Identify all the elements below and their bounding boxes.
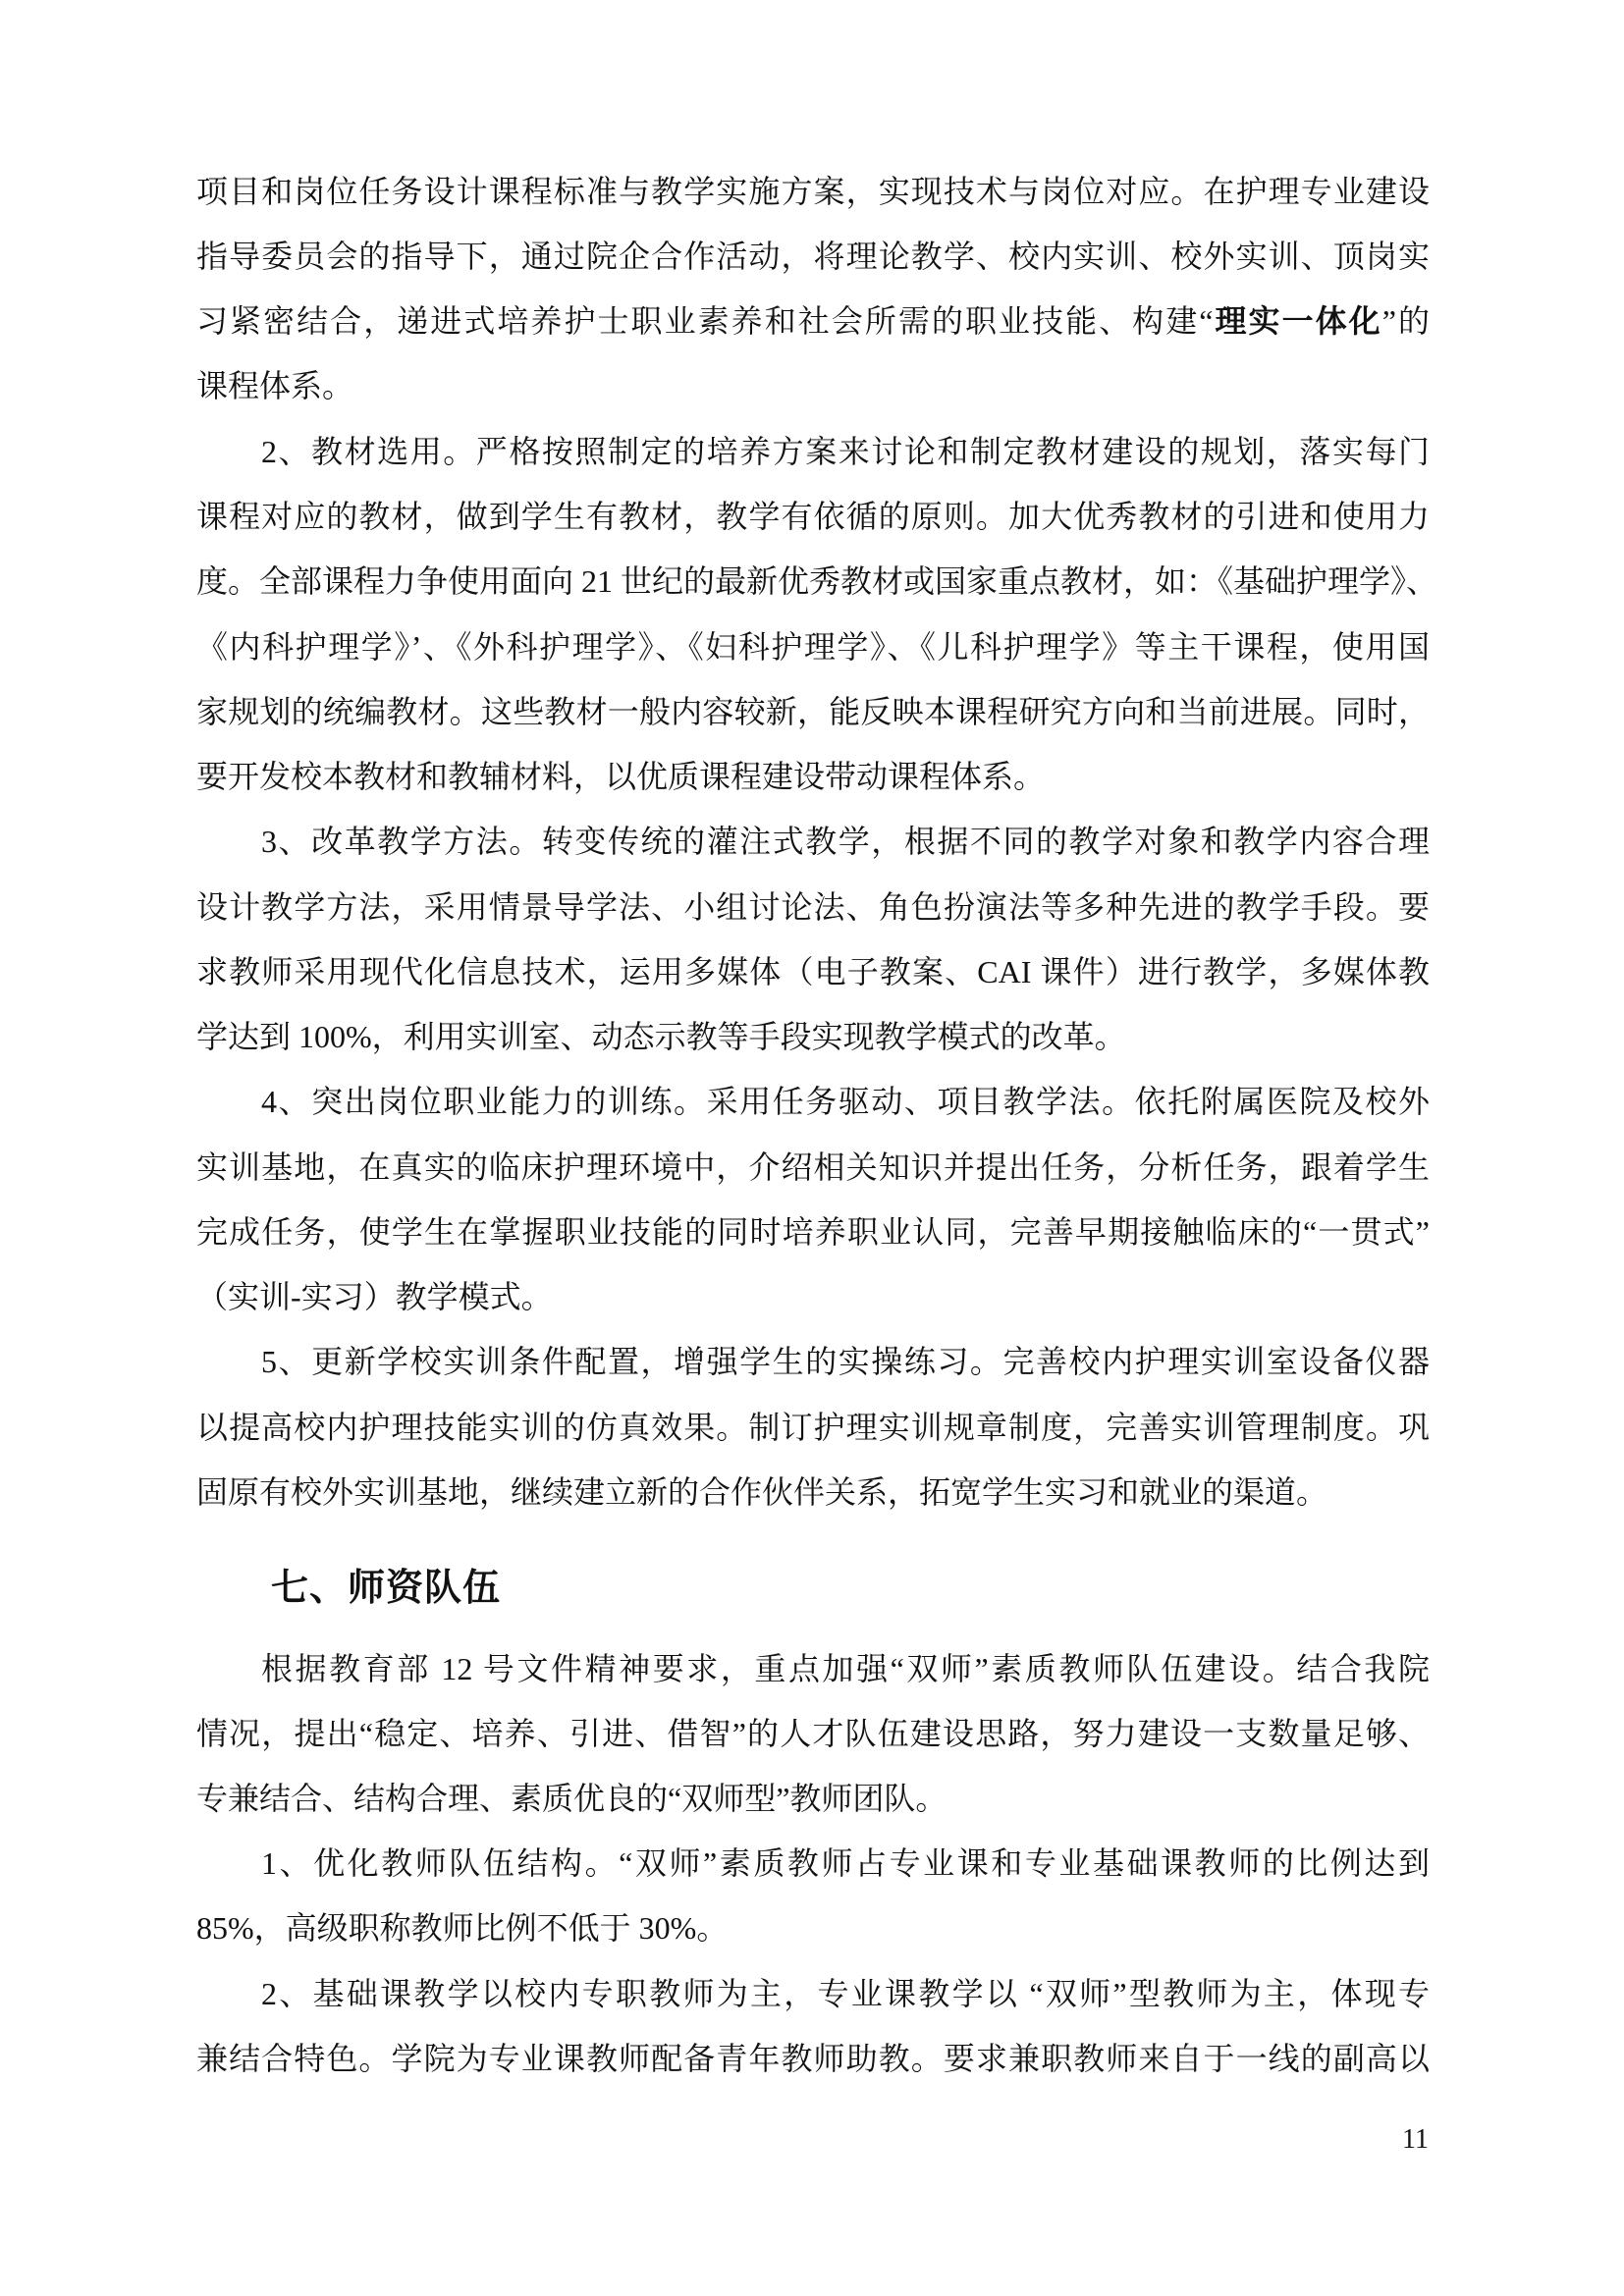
text-segment: 习紧密结合，递进式培养护士职业素养和社会所需的职业技能、构建“ xyxy=(196,303,1213,339)
text-line: 设计教学方法，采用情景导学法、小组讨论法、角色扮演法等多种先进的教学手段。要 xyxy=(196,887,1430,927)
document-page: 项目和岗位任务设计课程标准与教学实施方案，实现技术与岗位对应。在护理专业建设 指… xyxy=(0,0,1624,2296)
text-line: 实训基地，在真实的临床护理环境中，介绍相关知识并提出任务，分析任务，跟着学生 xyxy=(196,1148,1430,1187)
text-line: 课程体系。 xyxy=(196,366,1430,405)
text-line: 习紧密结合，递进式培养护士职业素养和社会所需的职业技能、构建“理实一体化”的 xyxy=(196,301,1430,341)
text-line: 1、优化教师队伍结构。“双师”素质教师占专业课和专业基础课教师的比例达到 xyxy=(261,1843,1430,1883)
text-line: 家规划的统编教材。这些教材一般内容较新，能反映本课程研究方向和当前进展。同时， xyxy=(196,692,1430,731)
text-line: 学达到 100%，利用实训室、动态示教等手段实现教学模式的改革。 xyxy=(196,1017,1430,1056)
text-line: （实训-实习）教学模式。 xyxy=(196,1277,1430,1316)
text-line: 《内科护理学》’、《外科护理学》、《妇科护理学》、《儿科护理学》等主干课程，使用… xyxy=(196,627,1430,667)
text-line: 项目和岗位任务设计课程标准与教学实施方案，实现技术与岗位对应。在护理专业建设 xyxy=(196,172,1430,211)
text-line: 4、突出岗位职业能力的训练。采用任务驱动、项目教学法。依托附属医院及校外 xyxy=(261,1082,1430,1121)
text-line: 度。全部课程力争使用面向 21 世纪的最新优秀教材或国家重点教材，如：《基础护理… xyxy=(196,561,1430,601)
text-line: 3、改革教学方法。转变传统的灌注式教学，根据不同的教学对象和教学内容合理 xyxy=(261,822,1430,861)
text-line: 兼结合特色。学院为专业课教师配备青年教师助教。要求兼职教师来自于一线的副高以 xyxy=(196,2039,1430,2078)
text-segment: ”的 xyxy=(1382,303,1430,339)
text-line: 固原有校外实训基地，继续建立新的合作伙伴关系，拓宽学生实习和就业的渠道。 xyxy=(196,1472,1430,1512)
text-line: 求教师采用现代化信息技术，运用多媒体（电子教案、CAI 课件）进行教学，多媒体教 xyxy=(196,952,1430,991)
section-heading: 七、师资队伍 xyxy=(271,1565,501,1612)
text-line: 以提高校内护理技能实训的仿真效果。制订护理实训规章制度，完善实训管理制度。巩 xyxy=(196,1408,1430,1447)
text-line: 专兼结合、结构合理、素质优良的“双师型”教师团队。 xyxy=(196,1779,1430,1818)
text-line: 根据教育部 12 号文件精神要求，重点加强“双师”素质教师队伍建设。结合我院 xyxy=(261,1649,1430,1688)
text-line: 85%，高级职称教师比例不低于 30%。 xyxy=(196,1908,1430,1948)
page-number: 11 xyxy=(1402,2124,1429,2156)
text-line: 2、教材选用。严格按照制定的培养方案来讨论和制定教材建设的规划，落实每门 xyxy=(261,432,1430,471)
text-line: 要开发校本教材和教辅材料，以优质课程建设带动课程体系。 xyxy=(196,757,1430,796)
text-line: 指导委员会的指导下，通过院企合作活动，将理论教学、校内实训、校外实训、顶岗实 xyxy=(196,237,1430,276)
text-line: 完成任务，使学生在掌握职业技能的同时培养职业认同，完善早期接触临床的“一贯式” xyxy=(196,1212,1430,1252)
text-line: 5、更新学校实训条件配置，增强学生的实操练习。完善校内护理实训室设备仪器 xyxy=(261,1342,1430,1381)
text-line: 2、基础课教学以校内专职教师为主，专业课教学以 “双师”型教师为主，体现专 xyxy=(261,1974,1430,2013)
text-line: 情况，提出“稳定、培养、引进、借智”的人才队伍建设思路，努力建设一支数量足够、 xyxy=(196,1714,1430,1753)
text-line: 课程对应的教材，做到学生有教材，教学有依循的原则。加大优秀教材的引进和使用力 xyxy=(196,497,1430,536)
bold-phrase: 理实一体化 xyxy=(1213,303,1381,339)
